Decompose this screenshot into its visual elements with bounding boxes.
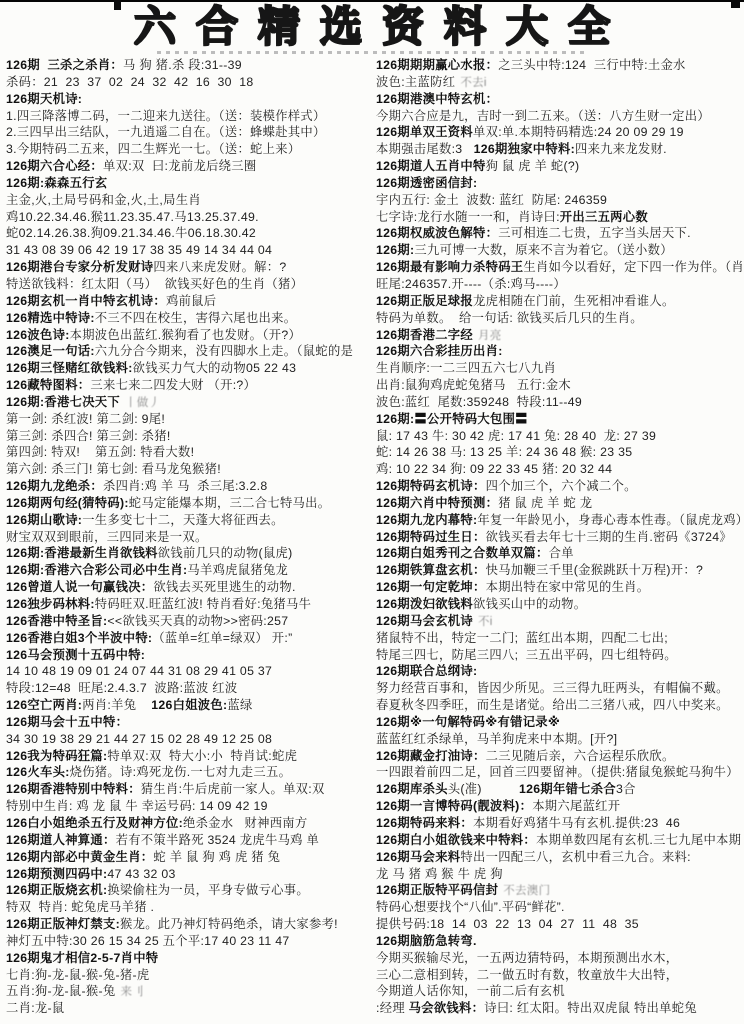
text-line: 126曾道人说一句赢钱决：欲钱去买死里逃生的动物. [6,579,372,596]
text-line: 126期三怪赌红欲钱料:欲钱买力气大的动物05 22 43 [6,360,372,377]
line-text: 一四跟着前四二足，回首三四要留神。（提供:猪鼠兔猴蛇马狗牛） [376,765,739,779]
text-line: 126期六合心经：单双:双 曰:龙前龙后绕三圈 [6,158,372,175]
line-heading: 126期库杀头 [376,782,448,796]
line-heading: 126期道人五肖中特 [376,159,486,173]
text-line: 31 43 08 39 06 42 19 17 38 35 49 14 34 4… [6,242,372,259]
text-line: 126期:森森五行玄 [6,175,372,192]
line-heading: 126白小姐绝杀五行及财神方位: [6,816,183,830]
line-heading: 126澳足一句话: [6,344,95,358]
text-line: :经理 马会欲钱料：诗曰: 红太阳。特出双虎鼠 特出单蛇兔 [376,1000,742,1017]
line-heading: 126期泼妇欲钱料 [376,597,473,611]
subtitle-noise [157,51,587,54]
text-line: 126期港台专家分析发财诗四来八来虎发财。解：? [6,259,372,276]
line-text: 特出一四配三八，玄机中看三九合。来料: [460,850,690,864]
text-line: 126期最有影响力杀特码王生肖如今以看好，定下四一作为伴。（肖） [376,259,742,276]
text-line: 126期玄机一肖中特玄机诗：鸡前鼠后 [6,293,372,310]
line-text: 31 43 08 39 06 42 19 17 38 35 49 14 34 4… [6,243,272,257]
line-text: 财宝双双到眼前，三四同来是一双。 [6,530,208,544]
line-heading: 126期:〓公开特码大包围〓 [376,412,528,426]
line-text: 特送欲钱料：红太阳（马） 欲钱买好色的生肖（猪） [6,277,303,291]
text-line: 三心二意相到转，二一做五时有数，牧童放牛大出特， [376,967,742,984]
text-line: 七字诗:龙行水随一一和，肖诗曰:开出三五两心数 [376,209,742,226]
line-heading: 126期独家中特料: [474,142,575,156]
line-text: 出肖:鼠狗鸡虎蛇兔猪马 五行:金木 [376,378,571,392]
text-line: 126期透密函信封: [376,175,742,192]
line-heading: 126期六合心经： [6,159,103,173]
line-heading: 126期期期赢心水报： [376,58,498,72]
text-line: 126期鬼才相信2-5-7肖中特 [6,950,372,967]
text-line: 126期马会玄机诗不i [376,613,742,630]
line-heading: 126期最有影响力杀特码王 [376,260,523,274]
text-line: 一四跟着前四二足，回首三四要留神。（提供:猪鼠兔猴蛇马狗牛） [376,764,742,781]
text-line: 126期内部必中黄金生肖：蛇 羊 鼠 狗 鸡 虎 猪 兔 [6,849,372,866]
line-text: 欲钱买看去年七十三期的生肖.密码《3724》 [486,530,732,544]
line-heading: 126空亡两肖: [6,698,82,712]
line-heading: 126期六肖中特预测： [376,496,498,510]
text-line: 鸡10.22.34.46.猴11.23.35.47.马13.25.37.49. [6,209,372,226]
line-text: 47 43 32 03 [107,867,175,881]
text-line: 春夏秋冬四季旺，而生是诸觉。给出二三猪八戒，四八中奖来。 [376,697,742,714]
line-text: 蛇02.14.26.38.狗09.21.34.46.牛06.18.30.42 [6,226,256,240]
line-heading: 126期:森森五行玄 [6,176,107,190]
line-heading: 126期权威波色解特： [376,226,498,240]
text-line: 14 10 48 19 09 01 24 07 44 31 08 29 41 0… [6,663,372,680]
line-text: 合单 [549,546,574,560]
line-text: 五肖:狗-龙-鼠-猴-兔 [6,984,115,998]
scan-artifact [114,0,121,10]
text-line: 五肖:狗-龙-鼠-猴-兔来刂 [6,983,372,1000]
line-text: 第六剑: 杀三门! 第七剑: 看马龙兔猴猪! [6,462,221,476]
text-line: 126香港白姐3个半波中特:（蓝单=红单=绿双） 开:” [6,630,372,647]
line-heading: 126期正版烧玄机: [6,883,107,897]
line-text: 特码旺双.旺蓝红波! 特肖看好:兔猪马牛 [95,597,311,611]
text-line: 126藏特图料：三来七来二四发大财 （开:?） [6,377,372,394]
line-heading: 126波色诗: [6,328,70,342]
line-text: 特单双:双 特大小:小 特肖试:蛇虎 [107,749,297,763]
text-line: 126期特码过生日：欲钱买看去年七十三期的生肖.密码《3724》 [376,529,742,546]
line-text: 提供号码:18 14 03 22 13 04 27 11 48 35 [376,917,639,931]
line-heading: 126期※一句解特码※有错记录※ [376,715,560,729]
text-line: 蛇: 14 26 38 马: 13 25 羊: 24 36 48 猴: 23 3… [376,444,742,461]
line-text: 本期波色出蓝红.猴狗看了也发财。（开?） [70,328,301,342]
text-line: 126期特码玄机诗：四个加三个，六个减二个。 [376,478,742,495]
overprint-note: 来刂 [120,986,144,998]
line-text: 欲钱买力气大的动物05 22 43 [133,361,297,375]
line-text: 本期出特在家中常见的生肖。 [486,580,650,594]
text-line: 126期港澳中特玄机： [376,91,742,108]
content-columns: 126期 三杀之杀肖：马 狗 猪.杀 段:31--39杀码：21 23 37 0… [0,54,744,1017]
text-line: 126马会预测十五码中特: [6,647,372,664]
line-heading: 126马会预测十五码中特: [6,648,145,662]
text-line: 126期正版特平码信封不去澳门 [376,882,742,899]
text-line: 第一剑: 杀红波! 第二剑: 9尾! [6,411,372,428]
scan-top-rule [0,0,744,2]
scanned-lottery-sheet: 六合精选资料大全 126期 三杀之杀肖：马 狗 猪.杀 段:31--39杀码：2… [0,0,744,1024]
line-text: 猪鼠特不出，特定一二门; 蓝红出本期，四配二七出; [376,631,668,645]
line-text: 鸡: 10 22 34 狗: 09 22 33 45 猪: 20 32 44 [376,462,612,476]
line-text: 杀码：21 23 37 02 24 32 42 16 30 18 [6,75,253,89]
text-line: 第六剑: 杀三门! 第七剑: 看马龙兔猴猪! [6,461,372,478]
text-line: 126期期期赢心水报：之三头中特:124 三行中特:土金水 [376,57,742,74]
line-text: 生肖如今以看好，定下四一作为伴。（肖） [523,260,742,274]
text-line: 126独步码林料:特码旺双.旺蓝红波! 特肖看好:兔猪马牛 [6,596,372,613]
text-line: 126期六肖中特预测：猪 鼠 虎 羊 蛇 龙 [376,495,742,512]
text-line: 126期单双王资料单双:单.本期特码精选:24 20 09 29 19 [376,124,742,141]
line-text: 主金,火,土局号码和金,火,土,局生肖 [6,193,201,207]
line-heading: 126期 三杀之杀肖： [6,58,123,72]
text-line: 126期正版神灯禁支:猴龙。此乃神灯特码绝杀，请大家参考! [6,916,372,933]
text-line: 126期:香港七决天下丨做丿 [6,394,372,411]
text-line: 126期正版足球报龙虎相随在门前，生死相冲看谁人。 [376,293,742,310]
line-text: 本期看好鸡猪牛马有玄机.提供:23 46 [473,816,680,830]
line-text: 三心二意相到转，二一做五时有数，牧童放牛大出特， [376,968,678,982]
overprint-note: 月亮 [478,330,502,342]
line-text: 诗曰: 红太阳。特出双虎鼠 特出单蛇兔 [484,1001,697,1015]
text-line: 126期香港二字经月亮 [376,327,742,344]
line-text: 猴龙。此乃神灯特码绝杀，请大家参考! [120,917,338,931]
text-line: 126期特码来料：本期看好鸡猪牛马有玄机.提供:23 46 [376,815,742,832]
text-line: 126白小姐绝杀五行及财神方位:绝杀金水 财神西南方 [6,815,372,832]
line-text: 换梁偷柱为一员，平身专做亏心事。 [107,883,309,897]
line-text: 不三不四在校生，害得六尾也出来。 [95,311,297,325]
line-heading: 126独步码林料: [6,597,95,611]
line-text: 猪 鼠 虎 羊 蛇 龙 [498,496,592,510]
line-text: 努力经营百事和，皆因少所见。三三得九旺两头，有帽偏不戴。 [376,681,729,695]
line-text: 欲钱买山中的动物。 [473,597,586,611]
scan-artifact [731,0,740,8]
text-line: 鼠: 17 43 牛: 30 42 虎: 17 41 兔: 28 40 龙: 2… [376,428,742,445]
line-text: 本期强击尾数:3 [376,142,474,156]
line-heading: 126期六合彩挂历出肖: [376,344,503,358]
text-line: 特别中生肖: 鸡 龙 鼠 牛 幸运号码: 14 09 42 19 [6,798,372,815]
text-line: 126期白小姐欲钱来中特料：本期单数四尾有玄机.三七九尾中本期 [376,832,742,849]
line-heading: 126期九龙内幕特: [376,513,477,527]
text-line: 1.四三降落博二码，一二迎来九送往。（送：装模作样式） [6,108,372,125]
line-heading: 126期脑筋急转弯. [376,934,477,948]
line-heading: 126期鬼才相信2-5-7肖中特 [6,951,158,965]
line-text: 本期单数四尾有玄机.三七九尾中本期 [536,833,741,847]
line-text: 绝杀金水 财神西南方 [183,816,308,830]
line-text: 三九可博一大数，原来不言为着它。（送小数） [414,243,672,257]
text-line: 特码为单数。 给一句话: 欲钱买后几只的生肖。 [376,310,742,327]
line-heading: 126期内部必中黄金生肖： [6,850,153,864]
line-text: 特码为单数。 给一句话: 欲钱买后几只的生肖。 [376,311,643,325]
line-heading: 126期联合总纲诗: [376,664,477,678]
line-heading: 126期两句经(猜特码): [6,496,129,510]
text-line: 126期一言博特码(靓波料)：本期六尾蓝红开 [376,798,742,815]
line-text: 14 10 48 19 09 01 24 07 44 31 08 29 41 0… [6,664,272,678]
line-heading: 126期: [376,243,414,257]
text-line: 特送欲钱料：红太阳（马） 欲钱买好色的生肖（猪） [6,276,372,293]
line-text: <<欲钱买天真的动物>>密码:257 [107,614,288,628]
line-text: 四个加三个，六个减二个。 [486,479,637,493]
text-line: 126期预测四码中:47 43 32 03 [6,866,372,883]
line-text: 一生多变七十二，天蓬大将征西去。 [82,513,284,527]
line-text: 本期六尾蓝红开 [532,799,620,813]
line-text: 三可相连二七贵，五字当头居天下. [498,226,691,240]
right-column: 126期期期赢心水报：之三头中特:124 三行中特:土金水波色:主蓝防红不去i1… [374,57,742,1017]
line-heading: 126期单双王资料 [376,125,473,139]
line-text: 旺尾:246357.开----（杀:鸡马----） [376,277,566,291]
line-heading: 开出三五两心数 [560,210,648,224]
line-heading: 126期山歌诗: [6,513,82,527]
line-text: 宇内五行: 金土 波数: 蓝红 防尾: 246359 [376,193,607,207]
line-heading: 126期特码玄机诗： [376,479,486,493]
line-text: 之三头中特:124 三行中特:土金水 [498,58,685,72]
line-heading: 126期一句定乾坤： [376,580,486,594]
text-line: 126期道人五肖中特狗 鼠 虎 羊 蛇(?) [376,158,742,175]
line-heading: 126期:香港七决天下 [6,395,120,409]
line-heading: 126期正版神灯禁支: [6,917,120,931]
overprint-note: 不i [478,616,493,628]
line-heading: 126期正版足球报 [376,294,473,308]
line-text: 1.四三降落博二码，一二迎来九送往。（送：装模作样式） [6,109,326,123]
line-heading: 126期特码过生日： [376,530,486,544]
line-heading: 126期:香港最新生肖欲钱料 [6,546,158,560]
text-line: 特双 特肖: 蛇兔虎马羊猪 . [6,899,372,916]
text-line: 今期买猴输尽光，一五两边猜特码，本期预测出水木， [376,950,742,967]
text-line: 今期六合应是九，吉时一到二五来。（送：八方生财一定出） [376,108,742,125]
line-text: 若有不策半路死 3524 龙虎牛马鸡 单 [116,833,319,847]
text-line: 126期天机诗: [6,91,372,108]
line-text: 鸡前鼠后 [166,294,216,308]
line-heading: 126期白小姐欲钱来中特料： [376,833,536,847]
overprint-note: 丨做丿 [125,397,160,409]
line-text: 两肖:羊兔 [82,698,151,712]
line-text: 欲钱前几只的动物(鼠虎) [158,546,293,560]
line-heading: 126期年错七杀合 [519,782,616,796]
text-line: 126期脑筋急转弯. [376,933,742,950]
text-line: 126波色诗:本期波色出蓝红.猴狗看了也发财。（开?） [6,327,372,344]
text-line: 鸡: 10 22 34 狗: 09 22 33 45 猪: 20 32 44 [376,461,742,478]
line-text: 生肖顺序:一二三四五六七八九肖 [376,361,556,375]
text-line: 126期九龙绝杀：杀四肖:鸡 羊 马 杀三尾:3.2.8 [6,478,372,495]
line-text: 3合 [616,782,636,796]
text-line: 126期:三九可博一大数，原来不言为着它。（送小数） [376,242,742,259]
line-heading: 马会欲钱料： [409,1001,485,1015]
line-text: 鼠: 17 43 牛: 30 42 虎: 17 41 兔: 28 40 龙: 2… [376,429,656,443]
line-heading: 126期透密函信封: [376,176,477,190]
line-text: 四来八来虎发财。解：? [153,260,286,274]
line-text: 单双:双 曰:龙前龙后绕三圈 [103,159,256,173]
text-line: 126期六合彩挂历出肖: [376,343,742,360]
text-line: 126期马会十五中特： [6,714,372,731]
line-heading: 126期白姐秀刊之合数单双篇： [376,546,549,560]
line-heading: 126我为特码狂篇: [6,749,107,763]
text-line: 126期马会来料特出一四配三八，玄机中看三九合。来料: [376,849,742,866]
text-line: 特尾三四七，防尾三四八; 三五出平码，四七组特码。 [376,647,742,664]
text-line: 提供号码:18 14 03 22 13 04 27 11 48 35 [376,916,742,933]
line-text: 特别中生肖: 鸡 龙 鼠 牛 幸运号码: 14 09 42 19 [6,799,268,813]
text-line: 财宝双双到眼前，三四同来是一双。 [6,529,372,546]
text-line: 出肖:鼠狗鸡虎蛇兔猪马 五行:金木 [376,377,742,394]
text-line: 3.今期特码二五来，四二生辉光一七。（送：蛇上来） [6,141,372,158]
line-heading: 126期:香港六合彩公司必中生肖: [6,563,187,577]
text-line: 126期※一句解特码※有错记录※ [376,714,742,731]
line-text: 龙 马 猪 鸡 猴 牛 虎 狗 [376,867,503,881]
text-line: 126火车头:烧伤猪。诗:鸡死龙伤.一七对九走三五。 [6,764,372,781]
line-text: 龙虎相随在门前，生死相冲看谁人。 [473,294,675,308]
line-heading: 126期马会来料 [376,850,460,864]
left-column: 126期 三杀之杀肖：马 狗 猪.杀 段:31--39杀码：21 23 37 0… [6,57,374,1017]
line-text: 波色:主蓝防红 [376,75,455,89]
line-text: 烧伤猪。诗:鸡死龙伤.一七对九走三五。 [70,765,292,779]
text-line: 126空亡两肖:两肖:羊兔 126白姐波色:蓝绿 [6,697,372,714]
line-text: 今期六合应是九，吉时一到二五来。（送：八方生财一定出） [376,109,710,123]
line-text: 三来七来二四发大财 （开:?） [90,378,256,392]
line-text: 波色:蓝红 尾数:359248 特段:11--49 [376,395,582,409]
text-line: 126期铁算盘玄机：快马加鞭三千里(金猴跳跃十万程)开：? [376,562,742,579]
line-heading: 126期三怪赌红欲钱料: [6,361,133,375]
line-heading: 126白姐波色: [151,698,227,712]
line-text: 特段:12=48 旺尾:2.4.3.7 波路:蓝波 红波 [6,681,237,695]
line-text: 神灯五中特:30 26 15 34 25 五个平:17 40 23 11 47 [6,934,290,948]
text-line: 杀码：21 23 37 02 24 32 42 16 30 18 [6,74,372,91]
text-line: 第四剑: 特双! 第五剑: 特看大数! [6,444,372,461]
text-line: 旺尾:246357.开----（杀:鸡马----） [376,276,742,293]
line-text: 蓝蓝红红杀绿单，马羊狗虎来中本期。[开?] [376,732,617,746]
overprint-note: 不去澳门 [503,885,550,897]
text-line: 126期道人神算通：若有不策半路死 3524 龙虎牛马鸡 单 [6,832,372,849]
text-line: 蛇02.14.26.38.狗09.21.34.46.牛06.18.30.42 [6,225,372,242]
line-heading: 126期特码来料： [376,816,473,830]
text-line: 126澳足一句话:六九分合今期来，没有四脚水上走。（鼠蛇的是 [6,343,372,360]
line-heading: 126期藏金打油诗： [376,749,486,763]
line-text: 快马加鞭三千里(金猴跳跃十万程)开：? [486,563,703,577]
line-text: 年复一年龄见小，身毒心毒本性毒。（鼠虎龙鸡） [477,513,742,527]
line-text: 六九分合今期来，没有四脚水上走。（鼠蛇的是 [95,344,353,358]
line-text: 马羊鸡虎鼠猪兔龙 [187,563,288,577]
line-heading: 126藏特图料： [6,378,90,392]
line-text: 今期道人话你知，一前二后有玄机 [376,984,565,998]
text-line: 宇内五行: 金土 波数: 蓝红 防尾: 246359 [376,192,742,209]
text-line: 本期强击尾数:3 126期独家中特料:四来九来龙发财. [376,141,742,158]
line-text: 蓝绿 [227,698,252,712]
text-line: 努力经营百事和，皆因少所见。三三得九旺两头，有帽偏不戴。 [376,680,742,697]
line-heading: 126期玄机一肖中特玄机诗： [6,294,166,308]
line-text: 蛇马定能爆本期，三二合七特马出。 [129,496,331,510]
line-heading: 126期港台专家分析发财诗 [6,260,153,274]
text-line: 126香港中特圣旨:<<欲钱买天真的动物>>密码:257 [6,613,372,630]
overprint-note: 不去i [460,77,486,89]
line-text: 蛇 羊 鼠 狗 鸡 虎 猪 兔 [153,850,280,864]
line-heading: 126期香港二字经 [376,328,473,342]
text-line: 126期九龙内幕特:年复一年龄见小，身毒心毒本性毒。（鼠虎龙鸡） [376,512,742,529]
line-text: 猜生肖:牛后虎前一家人。单双:双 [141,782,325,796]
line-text: 杀四肖:鸡 羊 马 杀三尾:3.2.8 [103,479,268,493]
line-heading: 126期道人神算通： [6,833,116,847]
line-text: 单双:单.本期特码精选:24 20 09 29 19 [473,125,684,139]
text-line: 126期山歌诗:一生多变七十二，天蓬大将征西去。 [6,512,372,529]
text-line: 126期库杀头头(准) 126期年错七杀合3合 [376,781,742,798]
text-line: 126期联合总纲诗: [376,663,742,680]
text-line: 126期泼妇欲钱料欲钱买山中的动物。 [376,596,742,613]
text-line: 126期一句定乾坤：本期出特在家中常见的生肖。 [376,579,742,596]
line-heading: 126期正版特平码信封 [376,883,498,897]
line-text: 第一剑: 杀红波! 第二剑: 9尾! [6,412,165,426]
text-line: 猪鼠特不出，特定一二门; 蓝红出本期，四配二七出; [376,630,742,647]
text-line: 126我为特码狂篇:特单双:双 特大小:小 特肖试:蛇虎 [6,748,372,765]
line-text: （蓝单=红单=绿双） 开:” [152,631,292,645]
line-text: 欲钱去买死里逃生的动物. [153,580,295,594]
text-line: 特码心想要找个“八仙”.平码“鲜花”. [376,899,742,916]
text-line: 特段:12=48 旺尾:2.4.3.7 波路:蓝波 红波 [6,680,372,697]
text-line: 34 30 19 38 29 21 44 27 15 02 28 49 12 2… [6,731,372,748]
text-line: 二肖:龙-鼠 [6,1000,372,1017]
line-text: 3.今期特码二五来，四二生辉光一七。（送：蛇上来） [6,142,300,156]
line-text: 狗 鼠 虎 羊 蛇(?) [486,159,580,173]
line-heading: 126期马会玄机诗 [376,614,473,628]
line-heading: 126期港澳中特玄机： [376,92,498,106]
text-line: 126期藏金打油诗：二三见随后亲，六合运程乐欣欣。 [376,748,742,765]
text-line: 126精选中特诗:不三不四在校生，害得六尾也出来。 [6,310,372,327]
text-line: 波色:蓝红 尾数:359248 特段:11--49 [376,394,742,411]
line-text: 七肖:狗-龙-鼠-猴-兔-猪-虎 [6,968,149,982]
line-text: 特双 特肖: 蛇兔虎马羊猪 . [6,900,154,914]
line-text: 七字诗:龙行水随一一和，肖诗曰: [376,210,560,224]
text-line: 126期正版烧玄机:换梁偷柱为一员，平身专做亏心事。 [6,882,372,899]
line-text: 二三见随后亲，六合运程乐欣欣。 [486,749,675,763]
line-heading: 126期一言博特码(靓波料)： [376,799,532,813]
line-heading: 126曾道人说一句赢钱决： [6,580,153,594]
text-line: 126期 三杀之杀肖：马 狗 猪.杀 段:31--39 [6,57,372,74]
line-heading: 126香港中特圣旨: [6,614,107,628]
line-heading: 126期铁算盘玄机： [376,563,486,577]
text-line: 第三剑: 杀四合! 第三剑: 杀猪! [6,428,372,445]
line-text: 第三剑: 杀四合! 第三剑: 杀猪! [6,429,171,443]
text-line: 2.三四早出三结队，一九逍遥二自在。（送：蜂蝶赴其中） [6,124,372,141]
text-line: 126期白姐秀刊之合数单双篇：合单 [376,545,742,562]
line-heading: 126期预测四码中: [6,867,107,881]
line-heading: 126期马会十五中特： [6,715,128,729]
line-text: 蛇: 14 26 38 马: 13 25 羊: 24 36 48 猴: 23 3… [376,445,632,459]
text-line: 126期权威波色解特：三可相连二七贵，五字当头居天下. [376,225,742,242]
line-text: 春夏秋冬四季旺，而生是诸觉。给出二三猪八戒，四八中奖来。 [376,698,729,712]
line-text: 特码心想要找个“八仙”.平码“鲜花”. [376,900,565,914]
line-text: 34 30 19 38 29 21 44 27 15 02 28 49 12 2… [6,732,272,746]
text-line: 神灯五中特:30 26 15 34 25 五个平:17 40 23 11 47 [6,933,372,950]
text-line: 126期:香港六合彩公司必中生肖:马羊鸡虎鼠猪兔龙 [6,562,372,579]
line-text: 马 狗 猪.杀 段:31--39 [123,58,242,72]
line-text: 今期买猴输尽光，一五两边猜特码，本期预测出水木， [376,951,678,965]
line-text: 第四剑: 特双! 第五剑: 特看大数! [6,445,194,459]
line-heading: 126期天机诗: [6,92,82,106]
text-line: 七肖:狗-龙-鼠-猴-兔-猪-虎 [6,967,372,984]
line-text: 2.三四早出三结队，一九逍遥二自在。（送：蜂蝶赴其中） [6,125,326,139]
text-line: 波色:主蓝防红不去i [376,74,742,91]
text-line: 生肖顺序:一二三四五六七八九肖 [376,360,742,377]
text-line: 126期两句经(猜特码):蛇马定能爆本期，三二合七特马出。 [6,495,372,512]
line-heading: 126精选中特诗: [6,311,95,325]
line-text: 鸡10.22.34.46.猴11.23.35.47.马13.25.37.49. [6,210,259,224]
text-line: 蓝蓝红红杀绿单，马羊狗虎来中本期。[开?] [376,731,742,748]
page-title: 六合精选资料大全 [0,4,744,50]
line-text: :经理 [376,1001,409,1015]
line-heading: 126香港白姐3个半波中特: [6,631,152,645]
text-line: 126期:香港最新生肖欲钱料欲钱前几只的动物(鼠虎) [6,545,372,562]
text-line: 126期:〓公开特码大包围〓 [376,411,742,428]
line-heading: 126期香港特别中特料： [6,782,141,796]
line-text: 头(准) [448,782,519,796]
text-line: 今期道人话你知，一前二后有玄机 [376,983,742,1000]
text-line: 126期香港特别中特料：猜生肖:牛后虎前一家人。单双:双 [6,781,372,798]
text-line: 龙 马 猪 鸡 猴 牛 虎 狗 [376,866,742,883]
text-line: 主金,火,土局号码和金,火,土,局生肖 [6,192,372,209]
line-heading: 126期九龙绝杀： [6,479,103,493]
line-text: 特尾三四七，防尾三四八; 三五出平码，四七组特码。 [376,648,677,662]
line-text: 四来九来龙发财. [575,142,667,156]
line-heading: 126火车头: [6,765,70,779]
